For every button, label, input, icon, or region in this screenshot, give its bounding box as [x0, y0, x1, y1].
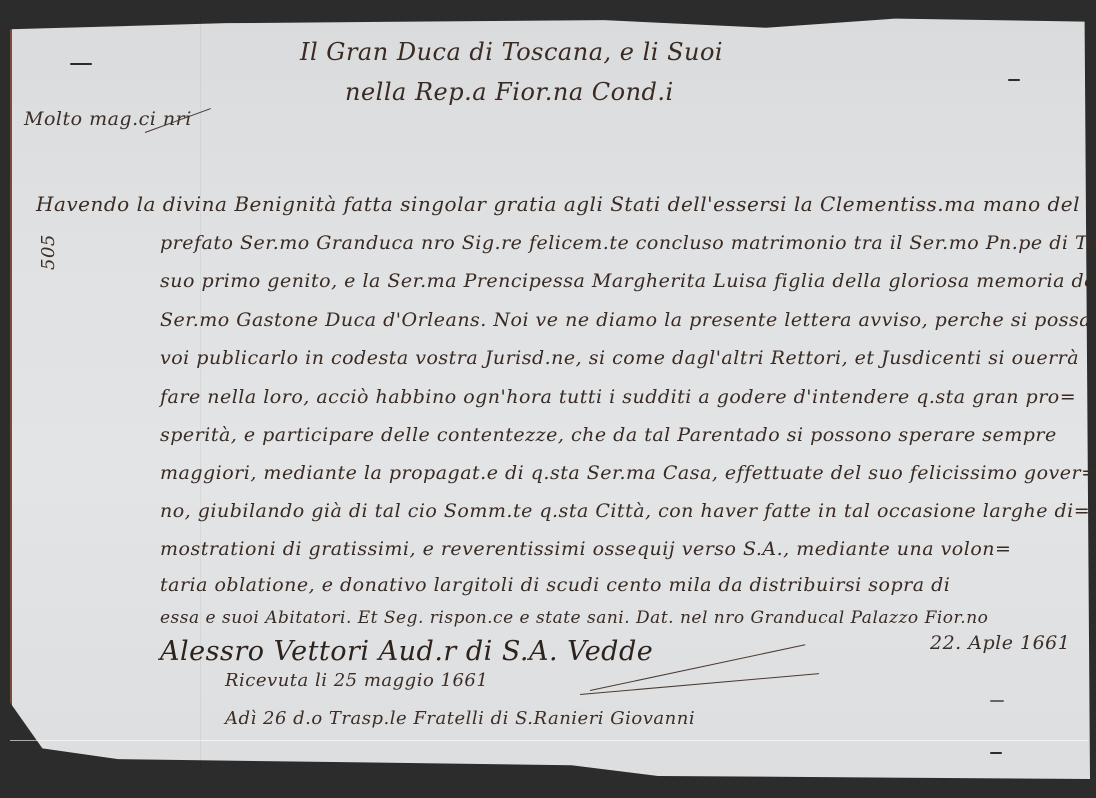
body-line-6: fare nella loro, acciò habbino ogn'hora … — [160, 386, 1076, 408]
body-line-8: maggiori, mediante la propagat.e di q.st… — [160, 462, 1096, 484]
body-line-7: sperità, e participare delle contentezze… — [160, 424, 1057, 446]
ink-mark — [990, 700, 1004, 702]
body-line-9: no, giubilando già di tal cio Somm.te q.… — [160, 500, 1090, 522]
address-line-2: nella Rep.a Fior.na Cond.i — [345, 78, 674, 106]
ink-mark — [990, 752, 1002, 754]
body-line-3: suo primo genito, e la Ser.ma Prencipess… — [160, 270, 1096, 292]
body-line-2: prefato Ser.mo Granduca nro Sig.re felic… — [160, 232, 1096, 254]
body-line-10: mostrationi di gratissimi, e reverentiss… — [160, 538, 1011, 560]
body-line-5: voi publicarlo in codesta vostra Jurisd.… — [160, 347, 1079, 369]
salutation: Molto mag.ci nri — [24, 108, 192, 130]
body-line-1: Havendo la divina Benignità fatta singol… — [36, 192, 1080, 216]
margin-note: 505 — [38, 234, 59, 270]
receipt-note: Ricevuta li 25 maggio 1661 — [225, 670, 488, 691]
ink-mark — [70, 63, 92, 65]
paper-fold-line — [10, 740, 1088, 741]
address-line-1: Il Gran Duca di Toscana, e li Suoi — [300, 38, 723, 66]
body-line-11: taria oblatione, e donativo largitoli di… — [160, 574, 950, 596]
transmission-note: Adì 26 d.o Trasp.le Fratelli di S.Ranier… — [225, 708, 695, 729]
body-line-12: essa e suoi Abitatori. Et Seg. rispon.ce… — [160, 608, 988, 628]
signature: Alessro Vettori Aud.r di S.A. Vedde — [160, 636, 653, 667]
ink-mark — [1008, 79, 1020, 81]
letter-date: 22. Aple 1661 — [930, 632, 1070, 654]
body-line-4: Ser.mo Gastone Duca d'Orleans. Noi ve ne… — [160, 309, 1096, 331]
